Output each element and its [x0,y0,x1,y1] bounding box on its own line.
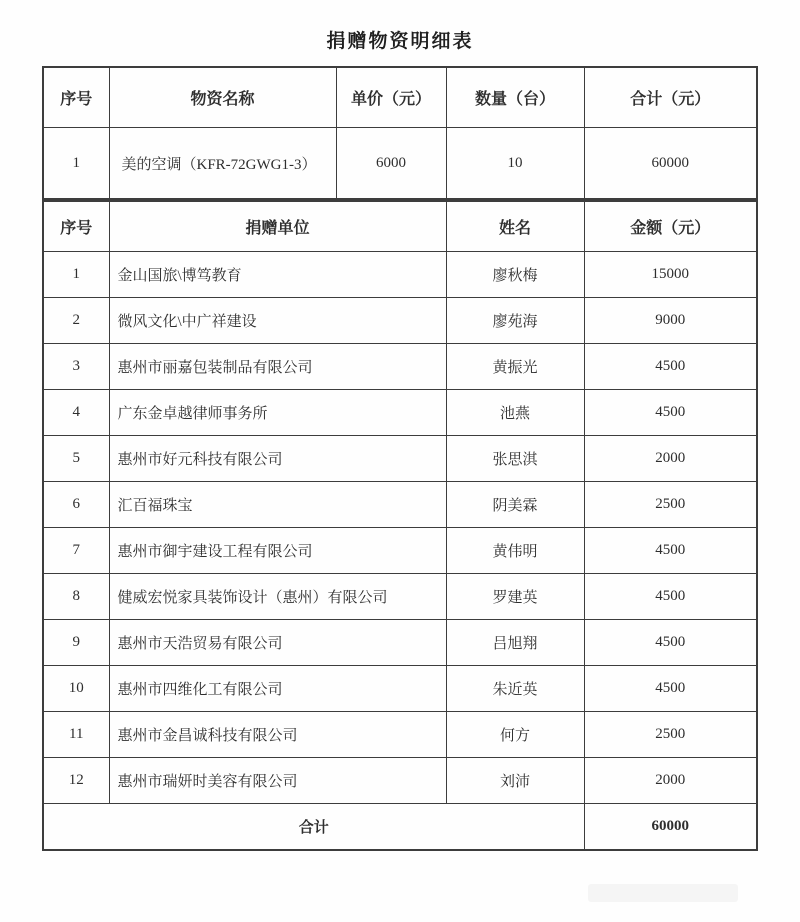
donor-unit: 汇百福珠宝 [109,482,446,528]
materials-cell-name: 美的空调（KFR-72GWG1-3） [109,128,336,200]
donor-amount: 4500 [584,528,757,574]
donor-index: 5 [43,436,109,482]
donor-amount: 4500 [584,390,757,436]
donor-name: 廖秋梅 [446,252,584,298]
donor-index: 8 [43,574,109,620]
donor-amount: 4500 [584,574,757,620]
donor-amount: 2000 [584,758,757,804]
donor-amount: 2500 [584,712,757,758]
donors-header-amount: 金额（元） [584,201,757,252]
donor-name: 刘沛 [446,758,584,804]
donor-amount: 2000 [584,436,757,482]
donors-header-name: 姓名 [446,201,584,252]
donor-unit: 惠州市御宇建设工程有限公司 [109,528,446,574]
materials-header-total: 合计（元） [584,67,757,128]
donor-amount: 4500 [584,344,757,390]
table-row: 5 惠州市好元科技有限公司 张思淇 2000 [43,436,757,482]
donor-index: 3 [43,344,109,390]
table-row: 1 金山国旅\博笃教育 廖秋梅 15000 [43,252,757,298]
donor-name: 黄伟明 [446,528,584,574]
materials-cell-quantity: 10 [446,128,584,200]
materials-header-row: 序号 物资名称 单价（元） 数量（台） 合计（元） [43,67,757,128]
donor-unit: 惠州市丽嘉包装制品有限公司 [109,344,446,390]
donors-total-amount: 60000 [584,804,757,851]
donor-index: 1 [43,252,109,298]
donor-amount: 4500 [584,620,757,666]
donor-name: 张思淇 [446,436,584,482]
donor-unit: 惠州市四维化工有限公司 [109,666,446,712]
donor-name: 廖苑海 [446,298,584,344]
donor-amount: 4500 [584,666,757,712]
faint-watermark [588,884,738,902]
table-row: 7 惠州市御宇建设工程有限公司 黄伟明 4500 [43,528,757,574]
donor-unit: 微风文化\中广祥建设 [109,298,446,344]
donors-header-index: 序号 [43,201,109,252]
donors-header-unit: 捐赠单位 [109,201,446,252]
donors-header-row: 序号 捐赠单位 姓名 金额（元） [43,201,757,252]
materials-header-name: 物资名称 [109,67,336,128]
donor-amount: 2500 [584,482,757,528]
table-row: 3 惠州市丽嘉包装制品有限公司 黄振光 4500 [43,344,757,390]
donor-index: 2 [43,298,109,344]
donor-index: 11 [43,712,109,758]
donors-table: 序号 捐赠单位 姓名 金额（元） 1 金山国旅\博笃教育 廖秋梅 15000 2… [42,200,758,851]
donor-unit: 惠州市金昌诚科技有限公司 [109,712,446,758]
materials-header-quantity: 数量（台） [446,67,584,128]
donors-total-label: 合计 [43,804,584,851]
donors-total-row: 合计 60000 [43,804,757,851]
materials-header-unit-price: 单价（元） [336,67,446,128]
donor-amount: 9000 [584,298,757,344]
donor-unit: 惠州市天浩贸易有限公司 [109,620,446,666]
donor-name: 池燕 [446,390,584,436]
donor-name: 罗建英 [446,574,584,620]
donor-name: 朱近英 [446,666,584,712]
table-row: 10 惠州市四维化工有限公司 朱近英 4500 [43,666,757,712]
table-row: 1 美的空调（KFR-72GWG1-3） 6000 10 60000 [43,128,757,200]
donor-name: 黄振光 [446,344,584,390]
table-row: 11 惠州市金昌诚科技有限公司 何方 2500 [43,712,757,758]
donor-unit: 健威宏悦家具装饰设计（惠州）有限公司 [109,574,446,620]
donor-name: 吕旭翔 [446,620,584,666]
materials-header-index: 序号 [43,67,109,128]
donor-index: 7 [43,528,109,574]
donor-amount: 15000 [584,252,757,298]
document-page: 捐赠物资明细表 序号 物资名称 单价（元） 数量（台） 合计（元） 1 美的空调… [0,0,800,922]
donor-name: 阴美霖 [446,482,584,528]
table-row: 4 广东金卓越律师事务所 池燕 4500 [43,390,757,436]
materials-cell-unit-price: 6000 [336,128,446,200]
materials-cell-index: 1 [43,128,109,200]
table-row: 12 惠州市瑞妍时美容有限公司 刘沛 2000 [43,758,757,804]
table-row: 9 惠州市天浩贸易有限公司 吕旭翔 4500 [43,620,757,666]
table-row: 8 健威宏悦家具装饰设计（惠州）有限公司 罗建英 4500 [43,574,757,620]
donor-unit: 广东金卓越律师事务所 [109,390,446,436]
donor-unit: 金山国旅\博笃教育 [109,252,446,298]
materials-table: 序号 物资名称 单价（元） 数量（台） 合计（元） 1 美的空调（KFR-72G… [42,66,758,200]
materials-cell-total: 60000 [584,128,757,200]
donor-index: 6 [43,482,109,528]
donor-unit: 惠州市好元科技有限公司 [109,436,446,482]
page-title: 捐赠物资明细表 [0,26,800,53]
donor-index: 10 [43,666,109,712]
donor-index: 4 [43,390,109,436]
donor-name: 何方 [446,712,584,758]
donor-index: 12 [43,758,109,804]
donor-unit: 惠州市瑞妍时美容有限公司 [109,758,446,804]
donor-index: 9 [43,620,109,666]
table-row: 6 汇百福珠宝 阴美霖 2500 [43,482,757,528]
table-row: 2 微风文化\中广祥建设 廖苑海 9000 [43,298,757,344]
